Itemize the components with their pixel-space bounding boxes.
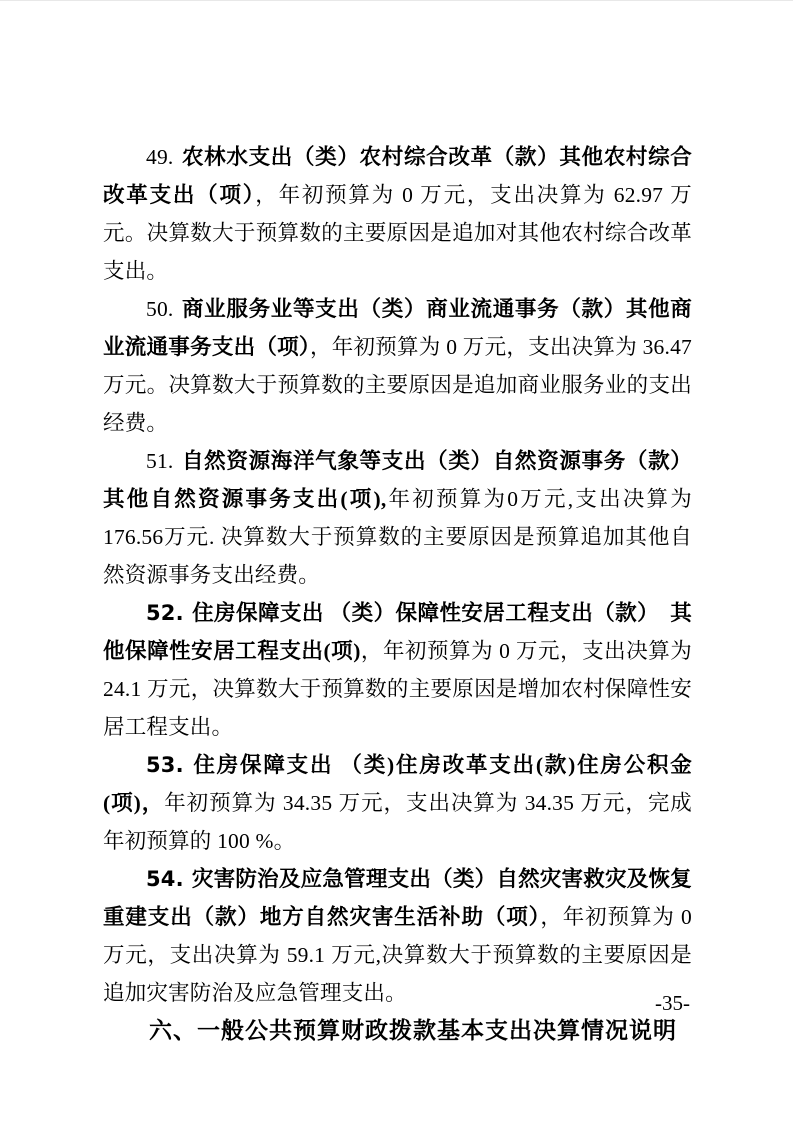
document-body: 49.农林水支出（类）农村综合改革（款）其他农村综合改革支出（项），年初预算为 … (103, 138, 692, 1050)
paragraph-number: 51. (146, 449, 173, 473)
paragraph-51: 51.自然资源海洋气象等支出（类）自然资源事务（款）其他自然资源事务支出(项),… (103, 442, 692, 594)
paragraph-52: 52.住房保障支出 （类）保障性安居工程支出（款） 其他保障性安居工程支出(项)… (103, 594, 692, 746)
paragraph-number: 53. (146, 753, 184, 777)
paragraph-53: 53.住房保障支出 （类)住房改革支出(款)住房公积金(项)，年初预算为 34.… (103, 746, 692, 860)
paragraph-number: 54. (146, 867, 184, 891)
paragraph-54: 54.灾害防治及应急管理支出（类）自然灾害救灾及恢复重建支出（款）地方自然灾害生… (103, 860, 692, 1012)
paragraph-49: 49.农林水支出（类）农村综合改革（款）其他农村综合改革支出（项），年初预算为 … (103, 138, 692, 290)
scan-artifact-line (0, 0, 793, 1)
document-page: 49.农林水支出（类）农村综合改革（款）其他农村综合改革支出（项），年初预算为 … (0, 0, 793, 1122)
section-heading: 六、一般公共预算财政拨款基本支出决算情况说明 (103, 1012, 692, 1050)
paragraph-number: 52. (146, 601, 184, 625)
paragraph-body-text: 年初预算为 34.35 万元，支出决算为 34.35 万元，完成年初预算的 10… (103, 791, 692, 853)
paragraph-number: 50. (146, 297, 173, 321)
paragraph-50: 50.商业服务业等支出（类）商业流通事务（款）其他商业流通事务支出（项），年初预… (103, 290, 692, 442)
paragraph-number: 49. (146, 145, 173, 169)
page-number: -35- (655, 991, 690, 1016)
